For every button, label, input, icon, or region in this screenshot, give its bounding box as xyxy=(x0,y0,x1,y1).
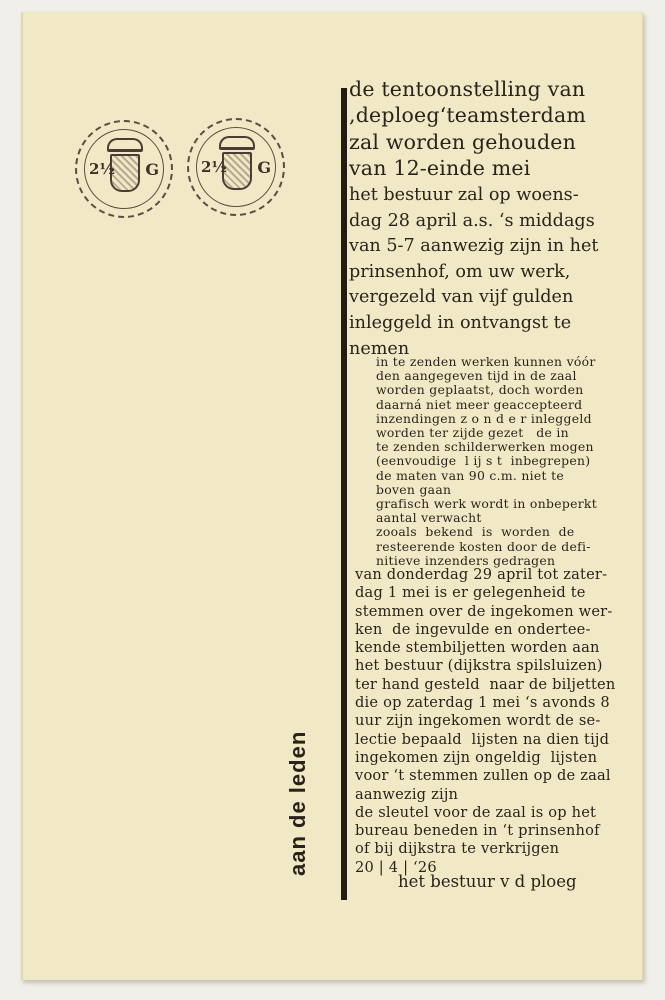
text-line: vergezeld van vijf gulden xyxy=(349,285,598,311)
text-line: aanwezig zijn xyxy=(355,786,616,804)
text-line: ingekomen zijn ongeldig lijsten xyxy=(355,749,616,767)
text-line: aantal verwacht xyxy=(376,511,597,525)
text-line: de sleutel voor de zaal is op het xyxy=(355,804,616,822)
text-line: in te zenden werken kunnen vóór xyxy=(376,355,597,369)
signature: het bestuur v d ploeg xyxy=(398,872,577,892)
text-line: de maten van 90 c.m. niet te xyxy=(376,469,597,483)
text-line: ,deploeg‘teamsterdam xyxy=(349,102,586,128)
voting-paragraph: van donderdag 29 april tot zater-dag 1 m… xyxy=(355,566,616,877)
text-line: den aangegeven tijd in de zaal xyxy=(376,369,597,383)
text-line: lectie bepaald lijsten na dien tijd xyxy=(355,731,616,749)
intro-paragraph: het bestuur zal op woens-dag 28 april a.… xyxy=(349,183,598,362)
text-line: of bij dijkstra te verkrijgen xyxy=(355,840,616,858)
text-line: boven gaan xyxy=(376,483,597,497)
text-line: kende stembiljetten worden aan xyxy=(355,639,616,657)
text-line: voor ‘t stemmen zullen op de zaal xyxy=(355,767,616,785)
text-line: zooals bekend is worden de xyxy=(376,525,597,539)
text-line: prinsenhof, om uw werk, xyxy=(349,260,598,286)
text-line: de tentoonstelling van xyxy=(349,76,586,102)
coin-stamp-icon: 2½ G xyxy=(75,120,173,218)
text-line: stemmen over de ingekomen wer- xyxy=(355,603,616,621)
text-line: resteerende kosten door de defi- xyxy=(376,540,597,554)
coin-letter: G xyxy=(145,160,159,179)
headline: de tentoonstelling van,deploeg‘teamsterd… xyxy=(349,76,586,181)
vertical-rule xyxy=(341,88,347,900)
text-line: ter hand gesteld naar de biljetten xyxy=(355,676,616,694)
text-line: het bestuur (dijkstra spilsluizen) xyxy=(355,657,616,675)
crown-icon xyxy=(219,136,255,150)
text-line: van 5-7 aanwezig zijn in het xyxy=(349,234,598,260)
text-line: bureau beneden in ‘t prinsenhof xyxy=(355,822,616,840)
text-line: grafisch werk wordt in onbeperkt xyxy=(376,497,597,511)
text-line: worden geplaatst, doch worden xyxy=(376,383,597,397)
text-line: inzendingen z o n d e r inleggeld xyxy=(376,412,597,426)
text-line: (eenvoudige l ij s t inbegrepen) xyxy=(376,454,597,468)
text-line: van donderdag 29 april tot zater- xyxy=(355,566,616,584)
text-line: worden ter zijde gezet de in xyxy=(376,426,597,440)
coin-stamp-icon: 2½ G xyxy=(187,118,285,216)
text-line: zal worden gehouden xyxy=(349,129,586,155)
text-line: dag 1 mei is er gelegenheid te xyxy=(355,584,616,602)
smallprint-paragraph: in te zenden werken kunnen vóórden aange… xyxy=(376,355,597,568)
coin-denomination: 2½ xyxy=(201,158,227,176)
crown-icon xyxy=(107,138,143,152)
text-line: van 12-einde mei xyxy=(349,155,586,181)
text-line: te zenden schilderwerken mogen xyxy=(376,440,597,454)
text-line: inleggeld in ontvangst te xyxy=(349,311,598,337)
text-line: daarná niet meer geaccepteerd xyxy=(376,398,597,412)
text-line: uur zijn ingekomen wordt de se- xyxy=(355,712,616,730)
text-line: het bestuur zal op woens- xyxy=(349,183,598,209)
coin-letter: G xyxy=(257,158,271,177)
text-line: dag 28 april a.s. ‘s middags xyxy=(349,209,598,235)
text-line: ken de ingevulde en ondertee- xyxy=(355,621,616,639)
coin-denomination: 2½ xyxy=(89,160,115,178)
side-title: aan de leden xyxy=(285,731,311,876)
text-line: die op zaterdag 1 mei ‘s avonds 8 xyxy=(355,694,616,712)
